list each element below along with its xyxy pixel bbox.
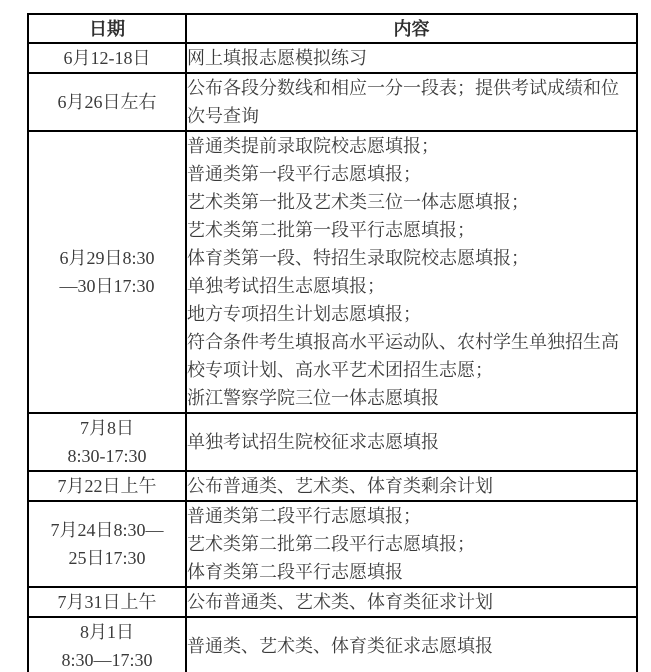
content-line: 单独考试招生院校征求志愿填报 xyxy=(187,428,636,456)
content-cell: 公布各段分数线和相应一分一段表；提供考试成绩和位次号查询 xyxy=(186,73,637,131)
table-row: 8月1日 8:30—17:30 普通类、艺术类、体育类征求志愿填报 xyxy=(28,617,637,672)
content-line: 单独考试招生志愿填报； xyxy=(187,272,636,300)
content-line: 浙江警察学院三位一体志愿填报 xyxy=(187,384,636,412)
content-line: 艺术类第一批及艺术类三位一体志愿填报； xyxy=(187,188,636,216)
date-line: 25日17:30 xyxy=(29,544,185,572)
date-line: 6月29日8:30 xyxy=(29,244,185,272)
table-row: 6月12-18日 网上填报志愿模拟练习 xyxy=(28,43,637,73)
table-header-row: 日期 内容 xyxy=(28,14,637,43)
content-line: 公布各段分数线和相应一分一段表；提供考试成绩和位次号查询 xyxy=(187,74,636,130)
date-cell: 7月8日 8:30-17:30 xyxy=(28,413,186,471)
content-line: 网上填报志愿模拟练习 xyxy=(187,44,636,72)
date-line: 8月1日 xyxy=(29,618,185,646)
table-row: 7月22日上午 公布普通类、艺术类、体育类剩余计划 xyxy=(28,471,637,501)
date-cell: 6月12-18日 xyxy=(28,43,186,73)
content-cell: 普通类、艺术类、体育类征求志愿填报 xyxy=(186,617,637,672)
content-line: 公布普通类、艺术类、体育类征求计划 xyxy=(187,588,636,616)
content-cell: 公布普通类、艺术类、体育类征求计划 xyxy=(186,587,637,617)
content-line: 地方专项招生计划志愿填报； xyxy=(187,300,636,328)
content-line: 艺术类第二批第二段平行志愿填报； xyxy=(187,530,636,558)
date-cell: 6月29日8:30 —30日17:30 xyxy=(28,131,186,413)
date-cell: 7月31日上午 xyxy=(28,587,186,617)
table-row: 6月29日8:30 —30日17:30 普通类提前录取院校志愿填报； 普通类第一… xyxy=(28,131,637,413)
date-line: 7月24日8:30— xyxy=(29,516,185,544)
content-line: 普通类、艺术类、体育类征求志愿填报 xyxy=(187,632,636,660)
content-cell: 公布普通类、艺术类、体育类剩余计划 xyxy=(186,471,637,501)
date-line: 8:30—17:30 xyxy=(29,646,185,672)
table-row: 7月8日 8:30-17:30 单独考试招生院校征求志愿填报 xyxy=(28,413,637,471)
content-cell: 普通类第二段平行志愿填报； 艺术类第二批第二段平行志愿填报； 体育类第二段平行志… xyxy=(186,501,637,587)
content-cell: 单独考试招生院校征求志愿填报 xyxy=(186,413,637,471)
date-line: 7月31日上午 xyxy=(29,588,185,616)
schedule-table: 日期 内容 6月12-18日 网上填报志愿模拟练习 6月26日左右 公布各段分数… xyxy=(27,13,638,672)
content-line: 体育类第一段、特招生录取院校志愿填报； xyxy=(187,244,636,272)
date-cell: 8月1日 8:30—17:30 xyxy=(28,617,186,672)
content-cell: 网上填报志愿模拟练习 xyxy=(186,43,637,73)
content-line: 体育类第二段平行志愿填报 xyxy=(187,558,636,586)
content-cell: 普通类提前录取院校志愿填报； 普通类第一段平行志愿填报； 艺术类第一批及艺术类三… xyxy=(186,131,637,413)
table-row: 7月31日上午 公布普通类、艺术类、体育类征求计划 xyxy=(28,587,637,617)
content-line: 普通类第一段平行志愿填报； xyxy=(187,160,636,188)
content-line: 艺术类第二批第一段平行志愿填报； xyxy=(187,216,636,244)
date-line: 7月8日 xyxy=(29,414,185,442)
header-content: 内容 xyxy=(186,14,637,43)
content-line: 普通类提前录取院校志愿填报； xyxy=(187,132,636,160)
date-cell: 6月26日左右 xyxy=(28,73,186,131)
content-line: 公布普通类、艺术类、体育类剩余计划 xyxy=(187,472,636,500)
table-row: 6月26日左右 公布各段分数线和相应一分一段表；提供考试成绩和位次号查询 xyxy=(28,73,637,131)
table-row: 7月24日8:30— 25日17:30 普通类第二段平行志愿填报； 艺术类第二批… xyxy=(28,501,637,587)
header-date: 日期 xyxy=(28,14,186,43)
date-line: 6月26日左右 xyxy=(29,88,185,116)
content-line: 符合条件考生填报高水平运动队、农村学生单独招生高校专项计划、高水平艺术团招生志愿… xyxy=(187,328,636,384)
date-line: —30日17:30 xyxy=(29,272,185,300)
date-line: 8:30-17:30 xyxy=(29,442,185,470)
content-line: 普通类第二段平行志愿填报； xyxy=(187,502,636,530)
date-line: 6月12-18日 xyxy=(29,44,185,72)
date-line: 7月22日上午 xyxy=(29,472,185,500)
date-cell: 7月24日8:30— 25日17:30 xyxy=(28,501,186,587)
date-cell: 7月22日上午 xyxy=(28,471,186,501)
